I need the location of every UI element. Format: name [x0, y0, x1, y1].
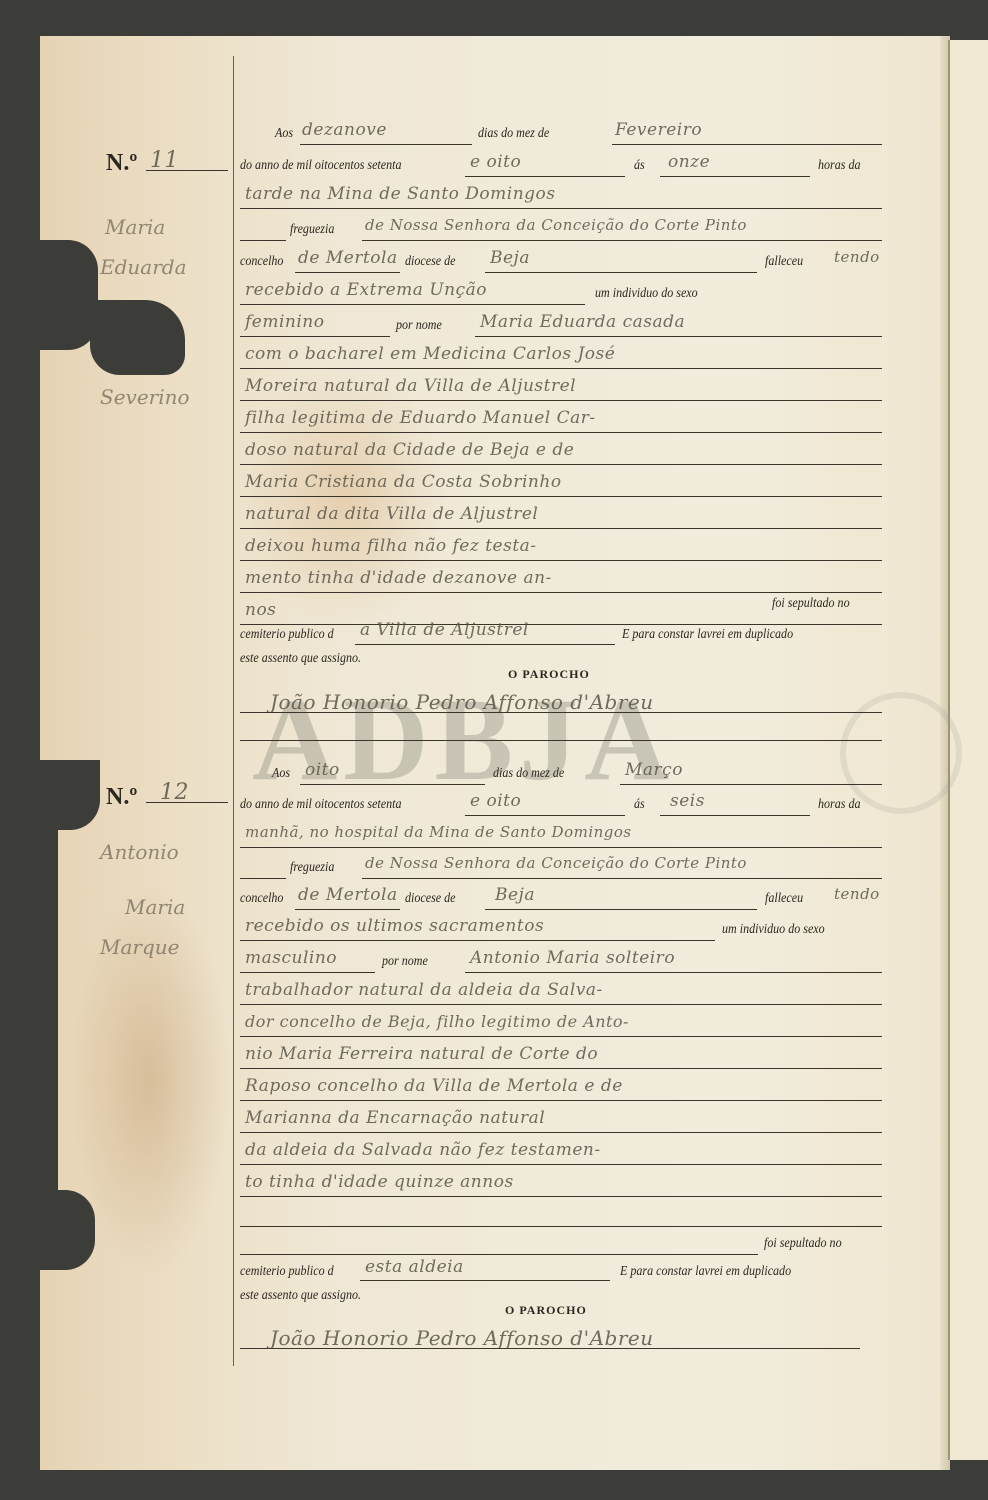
body-line: Raposo concelho da Villa de Mertola e de [245, 1076, 623, 1096]
rule [660, 176, 810, 177]
rule [240, 1068, 882, 1069]
label-aos: Aos [272, 766, 290, 782]
rule [240, 400, 882, 401]
label-constar: E para constar lavrei em duplicado [620, 1264, 791, 1280]
rule [240, 1254, 758, 1255]
body-line: mento tinha d'idade dezanove an- [245, 568, 552, 588]
rule [362, 878, 882, 879]
margin-note: Eduarda [100, 255, 187, 279]
rule [362, 240, 882, 241]
rule [240, 972, 375, 973]
body-line: dor concelho de Beja, filho legitimo de … [245, 1012, 629, 1031]
rule [240, 464, 882, 465]
field-sex: feminino [245, 312, 324, 332]
rule [240, 1164, 882, 1165]
label-freguezia: freguezia [290, 222, 334, 238]
label-sexo: um individuo do sexo [595, 286, 698, 302]
label-sepultado: foi sepultado no [764, 1236, 842, 1252]
torn-edge [90, 300, 185, 375]
field-month: Março [625, 760, 683, 780]
rule [240, 240, 286, 241]
margin-note: Maria [105, 215, 165, 239]
rule [240, 940, 715, 941]
field-diocese: Beja [495, 885, 535, 905]
label-concelho: concelho [240, 891, 283, 907]
torn-edge [40, 1190, 95, 1270]
label-assento: este assento que assigno. [240, 651, 361, 667]
label-cemiterio: cemiterio publico d [240, 627, 334, 643]
parocho-label: O PAROCHO [505, 1303, 587, 1318]
rule [300, 784, 485, 785]
rule [240, 208, 882, 209]
label-freguezia: freguezia [290, 860, 334, 876]
field-year: e oito [470, 791, 521, 811]
body-line: Moreira natural da Villa de Aljustrel [245, 376, 576, 396]
rule [240, 1196, 882, 1197]
rule [240, 528, 882, 529]
body-line: nio Maria Ferreira natural de Corte do [245, 1044, 598, 1064]
field-diocese: Beja [490, 248, 530, 268]
field-name: Maria Eduarda casada [480, 312, 685, 332]
body-line: trabalhador natural da aldeia da Salva- [245, 980, 603, 1000]
field-hour: seis [670, 791, 705, 811]
label-assento: este assento que assigno. [240, 1288, 361, 1304]
rule [660, 815, 810, 816]
label-horas: horas da [818, 797, 860, 813]
label-cemiterio: cemiterio publico d [240, 1264, 334, 1280]
rule [620, 784, 882, 785]
rule [240, 560, 882, 561]
field-name: Antonio Maria solteiro [470, 948, 675, 968]
margin-note: Antonio [100, 840, 179, 864]
body-line: to tinha d'idade quinze annos [245, 1172, 514, 1192]
label-constar: E para constar lavrei em duplicado [622, 627, 793, 643]
rule [240, 878, 286, 879]
label-sepultado: foi sepultado no [772, 596, 850, 612]
field-tail: tendo [834, 248, 880, 266]
rule [240, 304, 585, 305]
body-line: doso natural da Cidade de Beja e de [245, 440, 574, 460]
field-sacraments: recebido a Extrema Unção [245, 280, 487, 300]
label-falleceu: falleceu [765, 254, 803, 270]
rule [475, 336, 882, 337]
field-day: oito [305, 760, 340, 780]
rule [240, 1348, 860, 1349]
margin-note: Maria [125, 895, 185, 919]
field-concelho: de Mertola [298, 885, 398, 905]
field-cemetery: a Villa de Aljustrel [360, 620, 529, 640]
body-line: com o bacharel em Medicina Carlos José [245, 344, 615, 364]
label-diocese: diocese de [405, 891, 455, 907]
rule [240, 740, 882, 741]
rule [146, 170, 228, 171]
rule [240, 1004, 882, 1005]
margin-note: Marque [100, 935, 179, 959]
body-line: deixou huma filha não fez testa- [245, 536, 537, 556]
field-concelho: de Mertola [298, 248, 398, 268]
body-line: Maria Cristiana da Costa Sobrinho [245, 472, 562, 492]
rule [146, 802, 228, 803]
field-sacraments: recebido os ultimos sacramentos [245, 916, 544, 936]
margin-note: Severino [100, 385, 190, 409]
entry-number-label: N.º [106, 784, 137, 811]
label-mez: dias do mez de [493, 766, 564, 782]
rule [240, 496, 882, 497]
label-nome: por nome [396, 318, 442, 334]
label-mez: dias do mez de [478, 126, 549, 142]
label-nome: por nome [382, 954, 428, 970]
rule [240, 336, 390, 337]
torn-edge [40, 820, 58, 1200]
body-line: filha legitima de Eduardo Manuel Car- [245, 408, 596, 428]
field-tail: tendo [834, 885, 880, 903]
rule [295, 272, 400, 273]
rule [465, 815, 625, 816]
rule [240, 1132, 882, 1133]
label-anno: do anno de mil oitocentos setenta [240, 158, 402, 174]
label-aos: Aos [275, 126, 293, 142]
entry-number-label: N.º [106, 150, 137, 177]
body-line: Marianna da Encarnação natural [245, 1108, 545, 1128]
rule [240, 1100, 882, 1101]
rule [240, 592, 882, 593]
rule [240, 712, 882, 713]
priest-signature: João Honorio Pedro Affonso d'Abreu [270, 690, 654, 714]
rule [465, 972, 882, 973]
field-freguezia: de Nossa Senhora da Conceição do Corte P… [365, 854, 747, 872]
body-line: da aldeia da Salvada não fez testamen- [245, 1140, 601, 1160]
watermark-seal [840, 692, 962, 814]
label-horas: horas da [818, 158, 860, 174]
field-sex: masculino [245, 948, 337, 968]
label-concelho: concelho [240, 254, 283, 270]
field-freguezia: de Nossa Senhora da Conceição do Corte P… [365, 216, 747, 234]
rule [240, 847, 882, 848]
field-day: dezanove [302, 120, 387, 140]
rule [485, 272, 757, 273]
priest-signature: João Honorio Pedro Affonso d'Abreu [270, 1326, 654, 1350]
label-as: ás [634, 158, 645, 174]
label-anno: do anno de mil oitocentos setenta [240, 797, 402, 813]
rule [465, 176, 625, 177]
field-hour: onze [668, 152, 710, 172]
rule [360, 1280, 610, 1281]
rule [240, 432, 882, 433]
field-year: e oito [470, 152, 521, 172]
field-place: manhã, no hospital da Mina de Santo Domi… [245, 823, 632, 841]
field-month: Fevereiro [615, 120, 702, 140]
rule [240, 624, 882, 625]
rule [300, 144, 472, 145]
rule [355, 644, 615, 645]
label-falleceu: falleceu [765, 891, 803, 907]
body-line: natural da dita Villa de Aljustrel [245, 504, 538, 524]
body-line: nos [245, 600, 276, 620]
rule [240, 368, 882, 369]
rule [295, 909, 400, 910]
rule [485, 909, 757, 910]
margin-rule [233, 56, 234, 1366]
label-as: ás [634, 797, 645, 813]
label-sexo: um individuo do sexo [722, 922, 825, 938]
field-place: tarde na Mina de Santo Domingos [245, 184, 556, 204]
rule [240, 1036, 882, 1037]
rule [240, 1226, 882, 1227]
label-diocese: diocese de [405, 254, 455, 270]
rule [612, 144, 882, 145]
parocho-label: O PAROCHO [508, 667, 590, 682]
field-cemetery: esta aldeia [365, 1257, 464, 1277]
